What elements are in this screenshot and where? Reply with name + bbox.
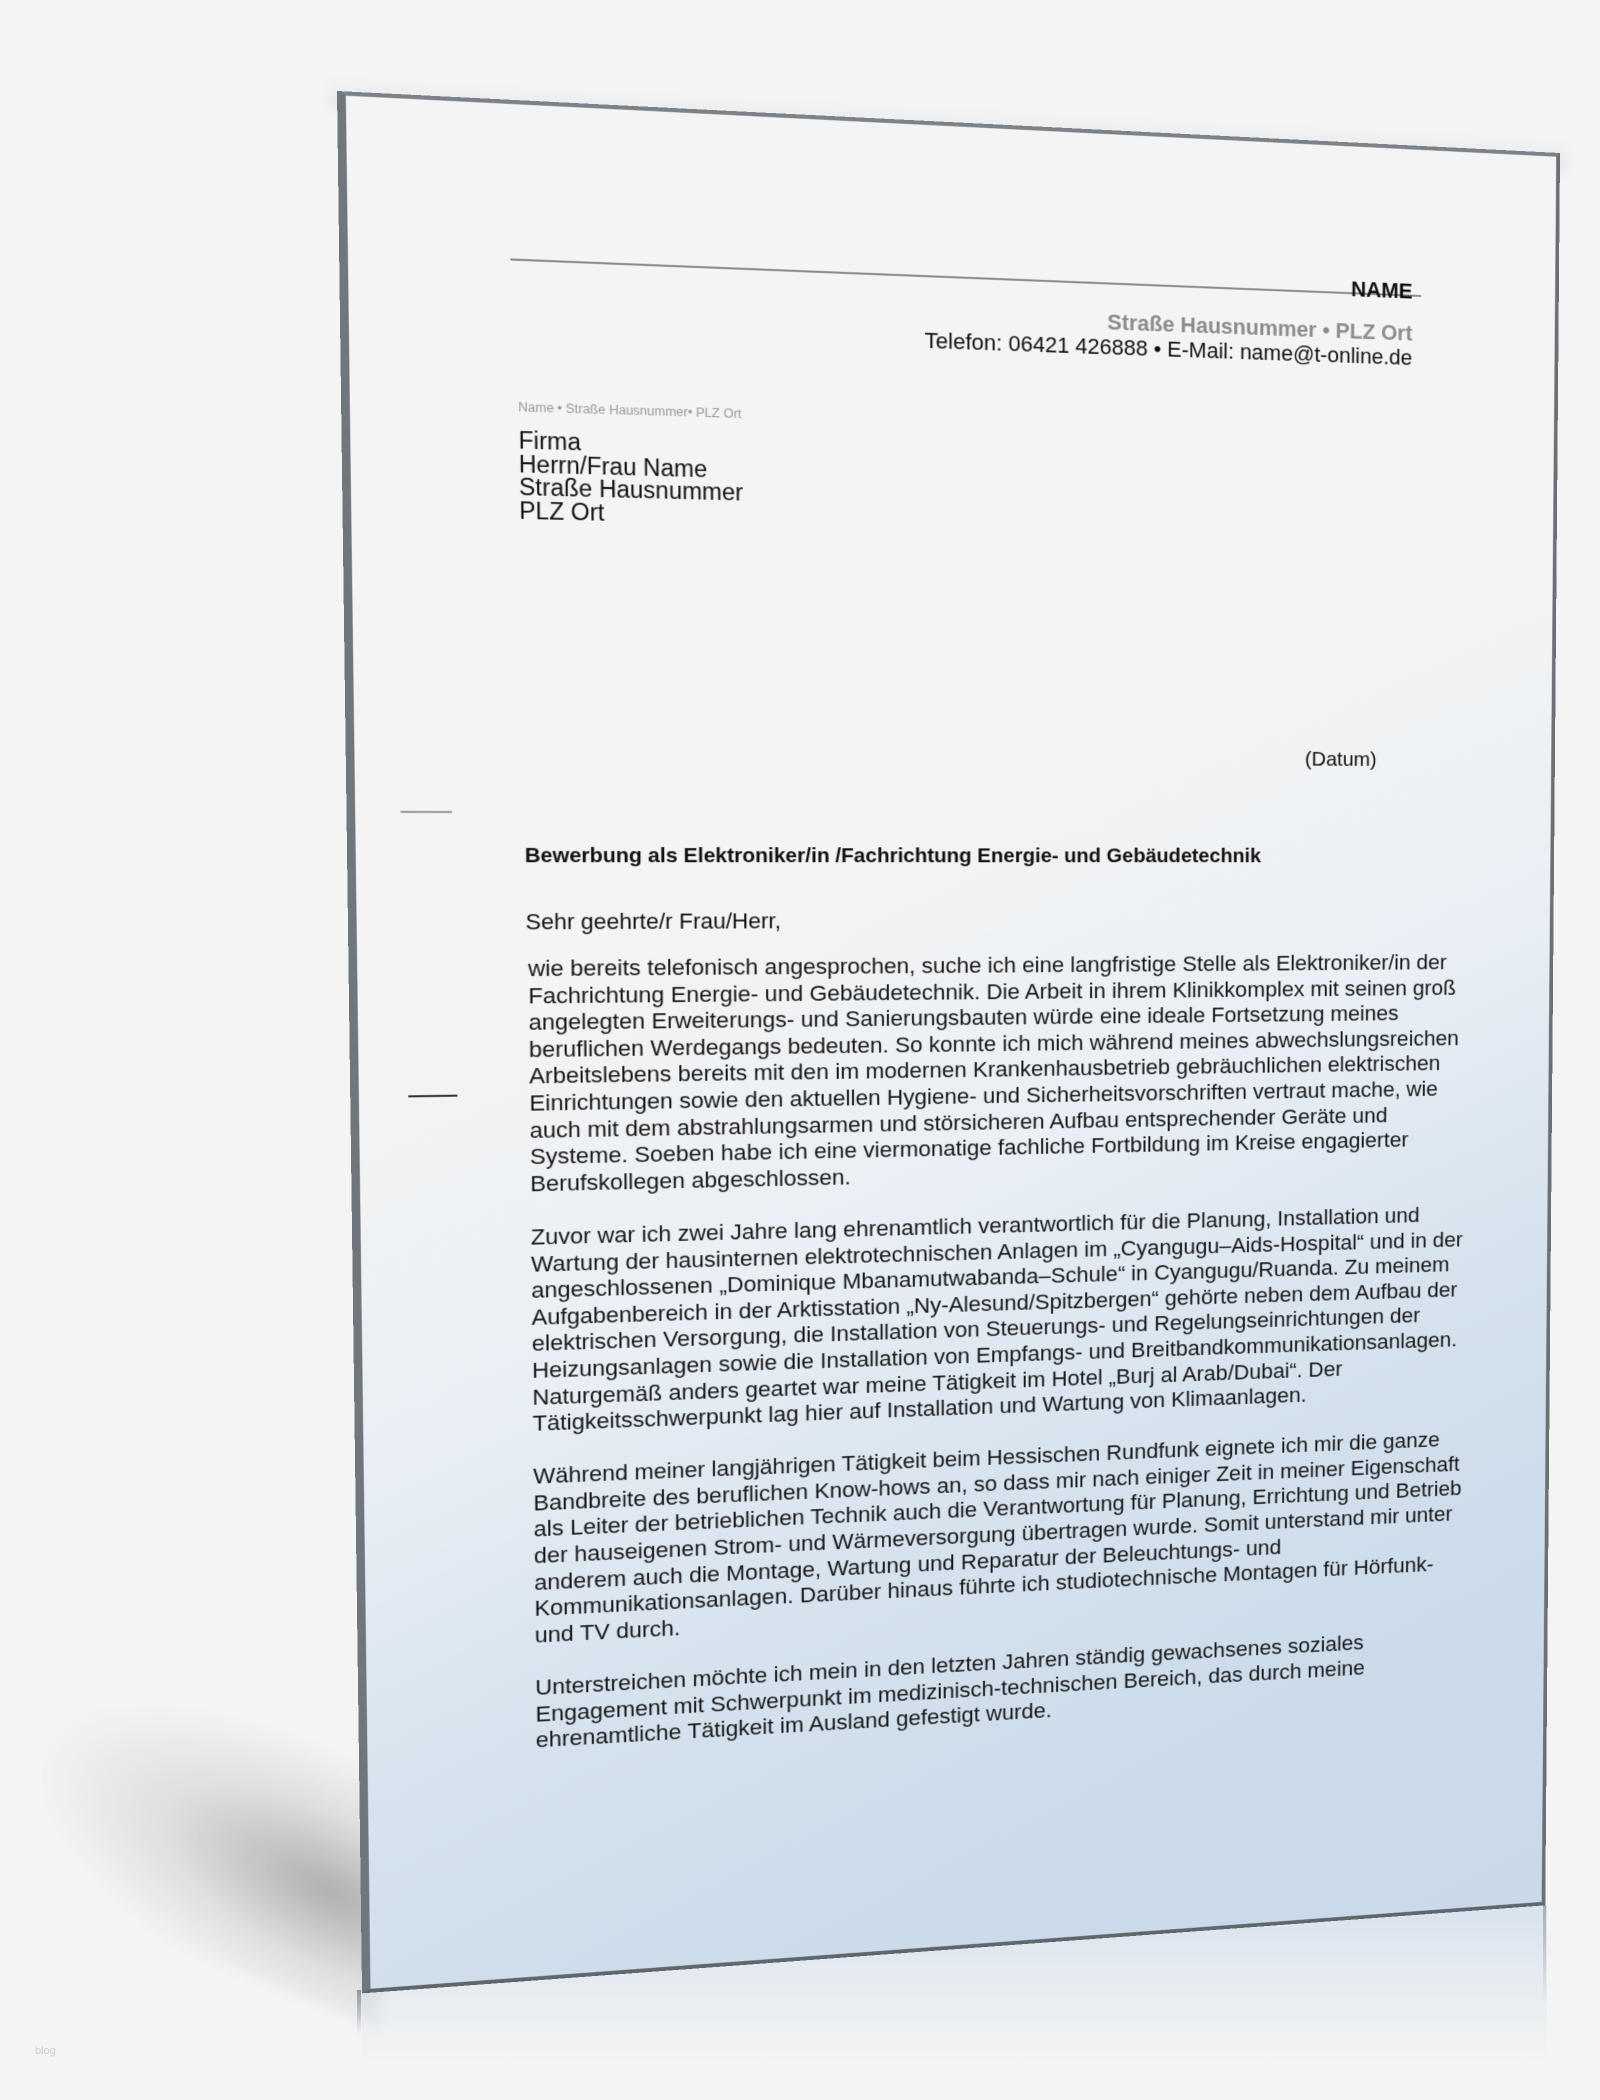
watermark: blog bbox=[35, 2045, 56, 2057]
return-address-line: Name • Straße Hausnummer• PLZ Ort bbox=[518, 400, 741, 421]
punch-mark bbox=[408, 1095, 457, 1098]
document-preview-stage: blog NAME Straße Hausnummer • PLZ Ort Te… bbox=[0, 0, 1600, 2100]
letter-date: (Datum) bbox=[1305, 748, 1377, 772]
letter-salutation: Sehr geehrte/r Frau/Herr, bbox=[525, 908, 781, 935]
recipient-block: Firma Herrn/Frau Name Straße Hausnummer … bbox=[518, 429, 743, 527]
body-paragraph: Während meiner langjährigen Tätigkeit be… bbox=[533, 1423, 1547, 1649]
reflection-edge-left bbox=[357, 1990, 361, 2035]
body-paragraph: Zuvor war ich zwei Jahre lang ehrenamtli… bbox=[531, 1200, 1550, 1438]
letter-page: NAME Straße Hausnummer • PLZ Ort Telefon… bbox=[337, 91, 1560, 1993]
reflection-edge-right bbox=[1543, 1905, 1546, 2005]
body-paragraph: wie bereits telefonisch angesprochen, su… bbox=[528, 949, 1552, 1197]
page-shadow-left bbox=[40, 1631, 380, 2028]
fold-mark bbox=[401, 811, 453, 813]
letter-body: wie bereits telefonisch angesprochen, su… bbox=[528, 949, 1552, 1780]
header-rule bbox=[510, 258, 1421, 297]
letter-subject: Bewerbung als Elektroniker/in /Fachricht… bbox=[525, 844, 1261, 868]
sender-name: NAME bbox=[1351, 276, 1413, 304]
